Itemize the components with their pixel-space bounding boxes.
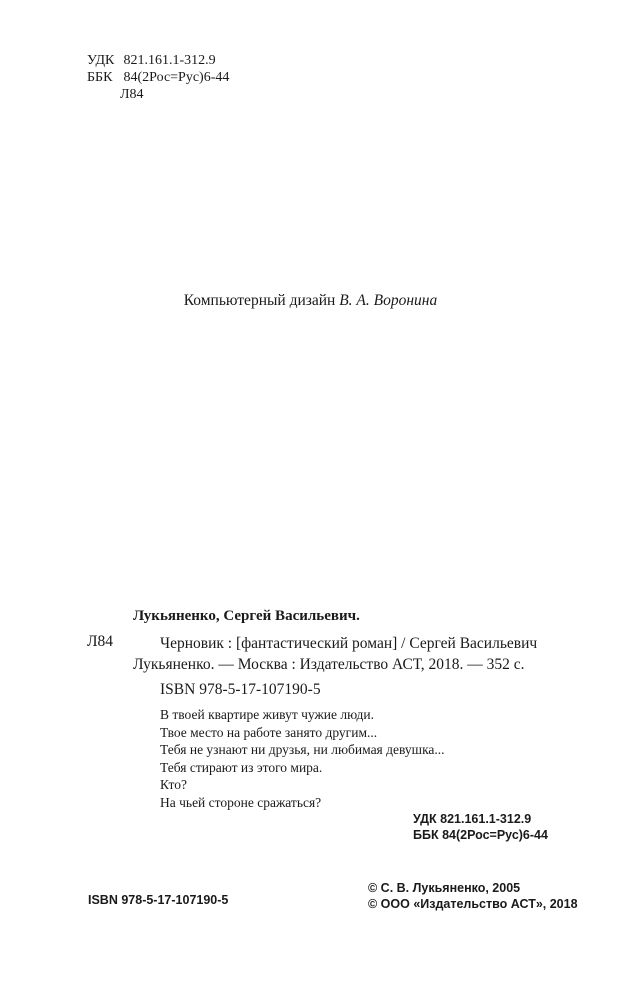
annotation-line: Тебя не узнают ни друзья, ни любимая дев… xyxy=(160,741,445,759)
udk-row: УДК 821.161.1-312.9 xyxy=(87,52,229,69)
copyright-publisher: © ООО «Издательство АСТ», 2018 xyxy=(368,896,578,912)
catalog-author-mark: Л84 xyxy=(87,633,113,651)
designer-name: В. А. Воронина xyxy=(339,292,437,309)
bbk-row: ББК 84(2Рос=Рус)6-44 xyxy=(87,69,229,86)
biblio-line-1: Черновик : [фантастический роман] / Серг… xyxy=(133,633,537,654)
bottom-classification: УДК 821.161.1-312.9 ББК 84(2Рос=Рус)6-44 xyxy=(413,811,548,843)
biblio-line-2: Лукьяненко. — Москва : Издательство АСТ,… xyxy=(133,654,537,675)
author-mark: Л84 xyxy=(87,86,229,103)
annotation: В твоей квартире живут чужие люди. Твое … xyxy=(160,706,445,811)
udk-label: УДК xyxy=(87,52,120,69)
bottom-udk: УДК 821.161.1-312.9 xyxy=(413,811,548,827)
copyright-author: © С. В. Лукьяненко, 2005 xyxy=(368,880,578,896)
annotation-line: Кто? xyxy=(160,776,445,794)
bottom-bbk: ББК 84(2Рос=Рус)6-44 xyxy=(413,827,548,843)
copyright-block: © С. В. Лукьяненко, 2005 © ООО «Издатель… xyxy=(368,880,578,912)
bbk-value: 84(2Рос=Рус)6-44 xyxy=(124,70,230,85)
catalog-isbn: ISBN 978-5-17-107190-5 xyxy=(160,681,321,699)
footer-isbn: ISBN 978-5-17-107190-5 xyxy=(88,893,228,907)
bbk-label: ББК xyxy=(87,69,120,86)
annotation-line: Тебя стирают из этого мира. xyxy=(160,759,445,777)
catalog-author: Лукьяненко, Сергей Васильевич. xyxy=(133,608,360,625)
design-credit-prefix: Компьютерный дизайн xyxy=(184,292,336,309)
design-credit: Компьютерный дизайн В. А. Воронина xyxy=(0,292,621,310)
annotation-line: В твоей квартире живут чужие люди. xyxy=(160,706,445,724)
annotation-line: На чьей стороне сражаться? xyxy=(160,794,445,812)
top-classification: УДК 821.161.1-312.9 ББК 84(2Рос=Рус)6-44… xyxy=(87,52,229,103)
udk-value: 821.161.1-312.9 xyxy=(124,53,216,68)
annotation-line: Твое место на работе занято другим... xyxy=(160,724,445,742)
bibliographic-description: Черновик : [фантастический роман] / Серг… xyxy=(133,633,537,675)
